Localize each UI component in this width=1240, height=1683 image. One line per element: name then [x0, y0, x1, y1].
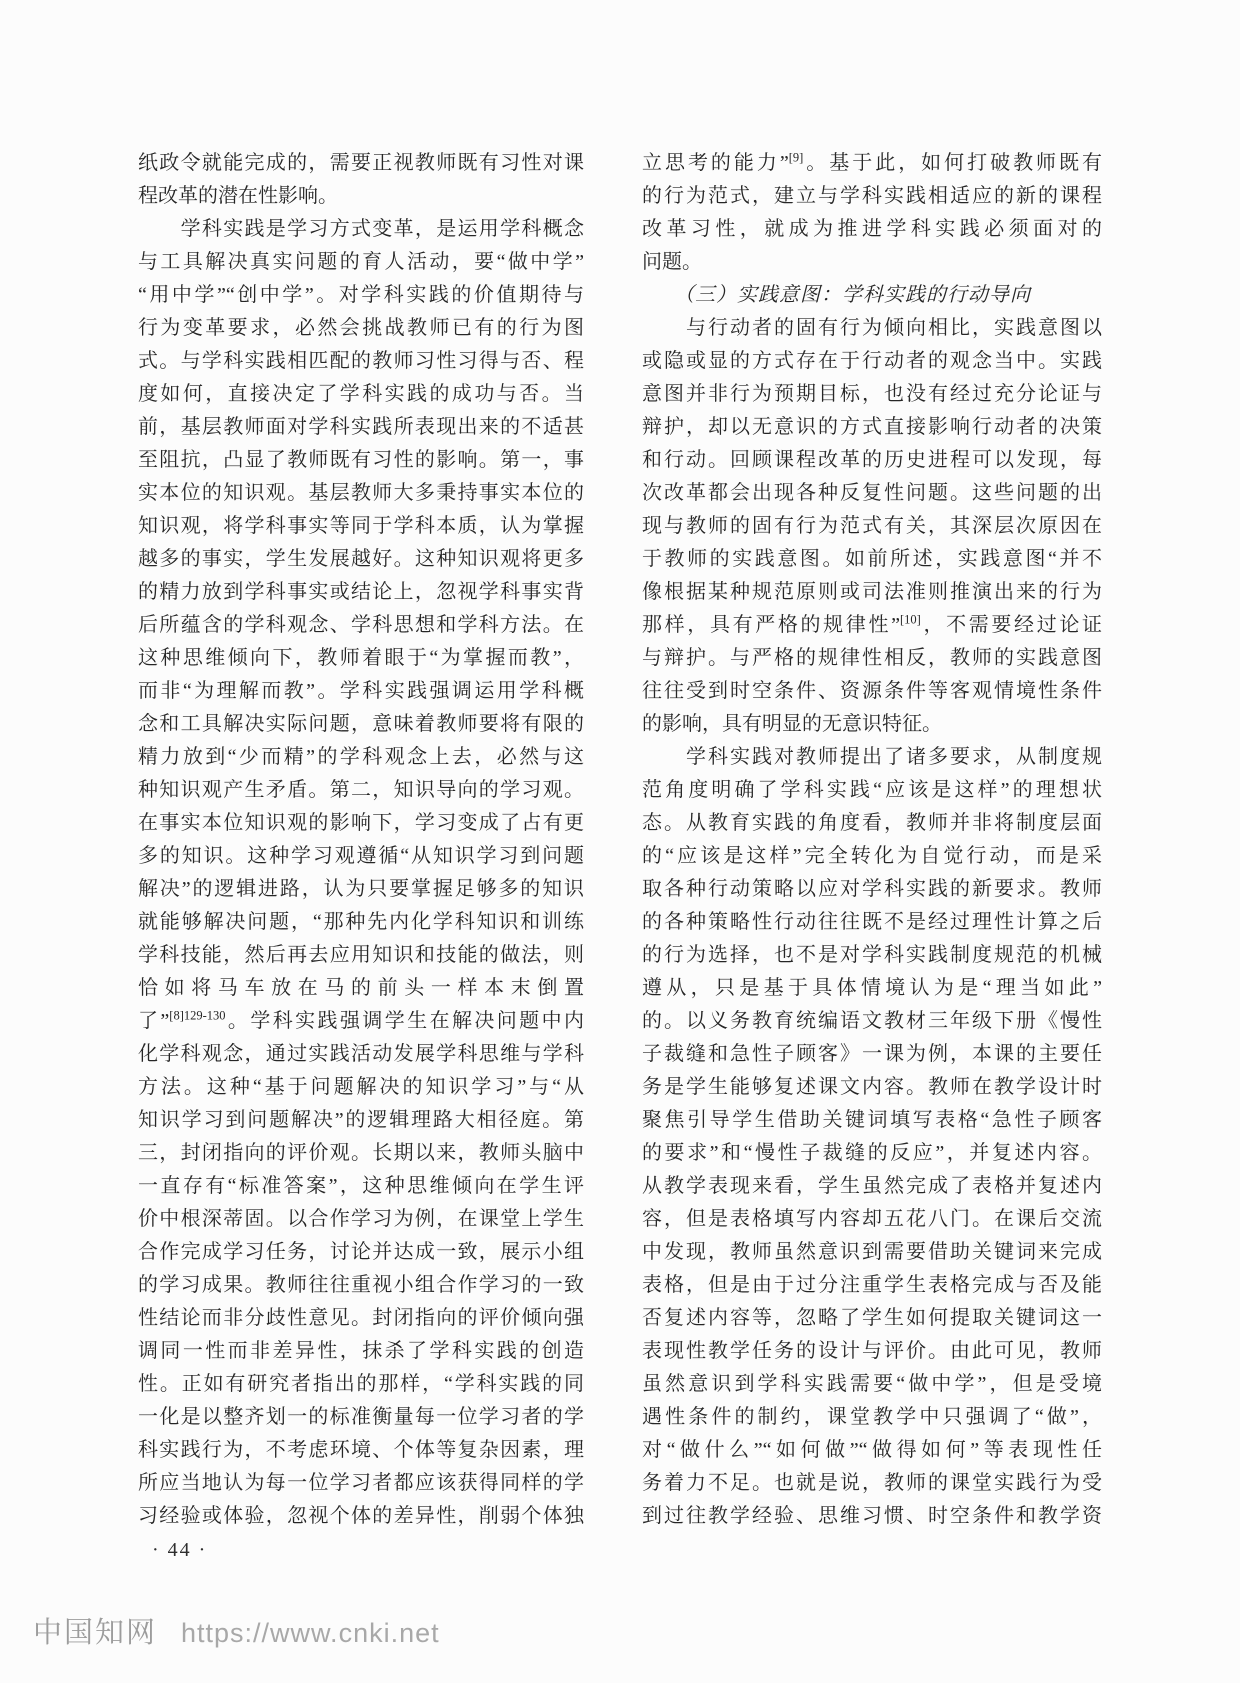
text-line: “用中学”“创中学”。对学科实践的价值期待与: [138, 279, 584, 312]
text-line: 实本位的知识观。基层教师大多秉持事实本位的: [138, 477, 584, 510]
text-line: 的行为选择，也不是对学科实践制度规范的机械: [642, 939, 1102, 972]
text-line: 合作完成学习任务，讨论并达成一致，展示小组: [138, 1236, 584, 1269]
text-line: 从教学表现来看，学生虽然完成了表格并复述内: [642, 1170, 1102, 1203]
text-line: 那样，具有严格的规律性”[10]，不需要经过论证: [642, 609, 1102, 642]
text-line: 在事实本位知识观的影响下，学习变成了占有更: [138, 807, 584, 840]
text-line: 遇性条件的制约，课堂教学中只强调了“做”，: [642, 1401, 1102, 1434]
text-line: 程改革的潜在性影响。: [138, 180, 584, 213]
text-column-left: 纸政令就能完成的，需要正视教师既有习性对课程改革的潜在性影响。 学科实践是学习方…: [138, 147, 584, 1533]
text-line: 或隐或显的方式存在于行动者的观念当中。实践: [642, 345, 1102, 378]
text-line: 所应当地认为每一位学习者都应该获得同样的学: [138, 1467, 584, 1500]
text-line: 性。正如有研究者指出的那样，“学科实践的同: [138, 1368, 584, 1401]
text-line: 至阻抗，凸显了教师既有习性的影响。第一，事: [138, 444, 584, 477]
text-line: 的学习成果。教师往往重视小组合作学习的一致: [138, 1269, 584, 1302]
cnki-watermark: 中国知网 https://www.cnki.net: [33, 1610, 440, 1651]
citation-ref: [10]: [900, 612, 921, 626]
text-line: 这种思维倾向下，教师着眼于“为掌握而教”，: [138, 642, 584, 675]
section-heading: （三）实践意图：学科实践的行动导向: [642, 279, 1102, 312]
text-line: 取各种行动策略以应对学科实践的新要求。教师: [642, 873, 1102, 906]
text-line: 一直存有“标准答案”，这种思维倾向在学生评: [138, 1170, 584, 1203]
text-line: 改革习性，就成为推进学科实践必须面对的: [642, 213, 1102, 246]
text-line: 于教师的实践意图。如前所述，实践意图“并不: [642, 543, 1102, 576]
text-line: 对“做什么”“如何做”“做得如何”等表现性任: [642, 1434, 1102, 1467]
cnki-brand: 中国知网: [33, 1610, 157, 1651]
text-line: 度如何，直接决定了学科实践的成功与否。当: [138, 378, 584, 411]
text-line: 与辩护。与严格的规律性相反，教师的实践意图: [642, 642, 1102, 675]
text-line: 知识学习到问题解决”的逻辑理路大相径庭。第: [138, 1104, 584, 1137]
text-line: 恰如将马车放在马的前头一样本末倒置: [138, 972, 584, 1005]
text-line: 价中根深蒂固。以合作学习为例，在课堂上学生: [138, 1203, 584, 1236]
text-line: 的。以义务教育统编语文教材三年级下册《慢性: [642, 1005, 1102, 1038]
text-line: 的“应该是这样”完全转化为自觉行动，而是采: [642, 840, 1102, 873]
text-line: 的要求”和“慢性子裁缝的反应”，并复述内容。: [642, 1137, 1102, 1170]
text-line: 往往受到时空条件、资源条件等客观情境性条件: [642, 675, 1102, 708]
text-line: 子裁缝和急性子顾客》一课为例，本课的主要任: [642, 1038, 1102, 1071]
text-line: 知识观，将学科事实等同于学科本质，认为掌握: [138, 510, 584, 543]
text-column-right: 立思考的能力”[9]。基于此，如何打破教师既有的行为范式，建立与学科实践相适应的…: [642, 147, 1102, 1533]
citation-ref: [8]129-130: [169, 1008, 225, 1022]
citation-ref: [9]: [789, 150, 804, 164]
text-line: 遵从，只是基于具体情境认为是“理当如此”: [642, 972, 1102, 1005]
text-line: 多的知识。这种学习观遵循“从知识学习到问题: [138, 840, 584, 873]
text-line: 化学科观念，通过实践活动发展学科思维与学科: [138, 1038, 584, 1071]
text-line: 务是学生能够复述课文内容。教师在教学设计时: [642, 1071, 1102, 1104]
text-line: 的精力放到学科事实或结论上，忽视学科事实背: [138, 576, 584, 609]
text-line: 学科实践是学习方式变革，是运用学科概念: [138, 213, 584, 246]
text-line: 容，但是表格填写内容却五花八门。在课后交流: [642, 1203, 1102, 1236]
text-line: 次改革都会出现各种反复性问题。这些问题的出: [642, 477, 1102, 510]
text-line: 表现性教学任务的设计与评价。由此可见，教师: [642, 1335, 1102, 1368]
text-line: 与工具解决真实问题的育人活动，要“做中学”: [138, 246, 584, 279]
text-line: 问题。: [642, 246, 1102, 279]
text-line: 的影响，具有明显的无意识特征。: [642, 708, 1102, 741]
text-line: 一化是以整齐划一的标准衡量每一位学习者的学: [138, 1401, 584, 1434]
text-line: 表格，但是由于过分注重学生表格完成与否及能: [642, 1269, 1102, 1302]
text-line: 与行动者的固有行为倾向相比，实践意图以: [642, 312, 1102, 345]
text-line: 辩护，却以无意识的方式直接影响行动者的决策: [642, 411, 1102, 444]
text-line: 科实践行为，不考虑环境、个体等复杂因素，理: [138, 1434, 584, 1467]
text-line: 和行动。回顾课程改革的历史进程可以发现，每: [642, 444, 1102, 477]
text-line: 像根据某种规范原则或司法准则推演出来的行为: [642, 576, 1102, 609]
text-line: 种知识观产生矛盾。第二，知识导向的学习观。: [138, 774, 584, 807]
text-line: 到过往教学经验、思维习惯、时空条件和教学资: [642, 1500, 1102, 1533]
text-line: 习经验或体验，忽视个体的差异性，削弱个体独: [138, 1500, 584, 1533]
text-line: 后所蕴含的学科观念、学科思想和学科方法。在: [138, 609, 584, 642]
text-line: 聚焦引导学生借助关键词填写表格“急性子顾客: [642, 1104, 1102, 1137]
text-body: 纸政令就能完成的，需要正视教师既有习性对课程改革的潜在性影响。 学科实践是学习方…: [138, 147, 1102, 1533]
text-line: 立思考的能力”[9]。基于此，如何打破教师既有: [642, 147, 1102, 180]
text-line: 行为变革要求，必然会挑战教师已有的行为图: [138, 312, 584, 345]
text-line: 范角度明确了学科实践“应该是这样”的理想状: [642, 774, 1102, 807]
text-line: 务着力不足。也就是说，教师的课堂实践行为受: [642, 1467, 1102, 1500]
text-line: 前，基层教师面对学科实践所表现出来的不适甚: [138, 411, 584, 444]
text-line: 中发现，教师虽然意识到需要借助关键词来完成: [642, 1236, 1102, 1269]
text-line: 否复述内容等，忽略了学生如何提取关键词这一: [642, 1302, 1102, 1335]
text-line: 而非“为理解而教”。学科实践强调运用学科概: [138, 675, 584, 708]
text-line: 学科实践对教师提出了诸多要求，从制度规: [642, 741, 1102, 774]
text-line: 了”[8]129-130。学科实践强调学生在解决问题中内: [138, 1005, 584, 1038]
text-line: 调同一性而非差异性，抹杀了学科实践的创造: [138, 1335, 584, 1368]
text-line: 解决”的逻辑进路，认为只要掌握足够多的知识: [138, 873, 584, 906]
text-line: 学科技能，然后再去应用知识和技能的做法，则: [138, 939, 584, 972]
text-line: 三，封闭指向的评价观。长期以来，教师头脑中: [138, 1137, 584, 1170]
page-number: · 44 ·: [152, 1536, 207, 1564]
text-line: 意图并非行为预期目标，也没有经过充分论证与: [642, 378, 1102, 411]
text-line: 方法。这种“基于问题解决的知识学习”与“从: [138, 1071, 584, 1104]
text-line: 现与教师的固有行为范式有关，其深层次原因在: [642, 510, 1102, 543]
paper-page: 纸政令就能完成的，需要正视教师既有习性对课程改革的潜在性影响。 学科实践是学习方…: [0, 0, 1240, 1683]
text-line: 的各种策略性行动往往既不是经过理性计算之后: [642, 906, 1102, 939]
cnki-url[interactable]: https://www.cnki.net: [181, 1618, 440, 1649]
text-line: 念和工具解决实际问题，意味着教师要将有限的: [138, 708, 584, 741]
text-line: 态。从教育实践的角度看，教师并非将制度层面: [642, 807, 1102, 840]
text-line: 式。与学科实践相匹配的教师习性习得与否、程: [138, 345, 584, 378]
text-line: 精力放到“少而精”的学科观念上去，必然与这: [138, 741, 584, 774]
text-line: 的行为范式，建立与学科实践相适应的新的课程: [642, 180, 1102, 213]
text-line: 纸政令就能完成的，需要正视教师既有习性对课: [138, 147, 584, 180]
text-line: 就能够解决问题，“那种先内化学科知识和训练: [138, 906, 584, 939]
text-line: 性结论而非分歧性意见。封闭指向的评价倾向强: [138, 1302, 584, 1335]
text-line: 虽然意识到学科实践需要“做中学”，但是受境: [642, 1368, 1102, 1401]
text-line: 越多的事实，学生发展越好。这种知识观将更多: [138, 543, 584, 576]
